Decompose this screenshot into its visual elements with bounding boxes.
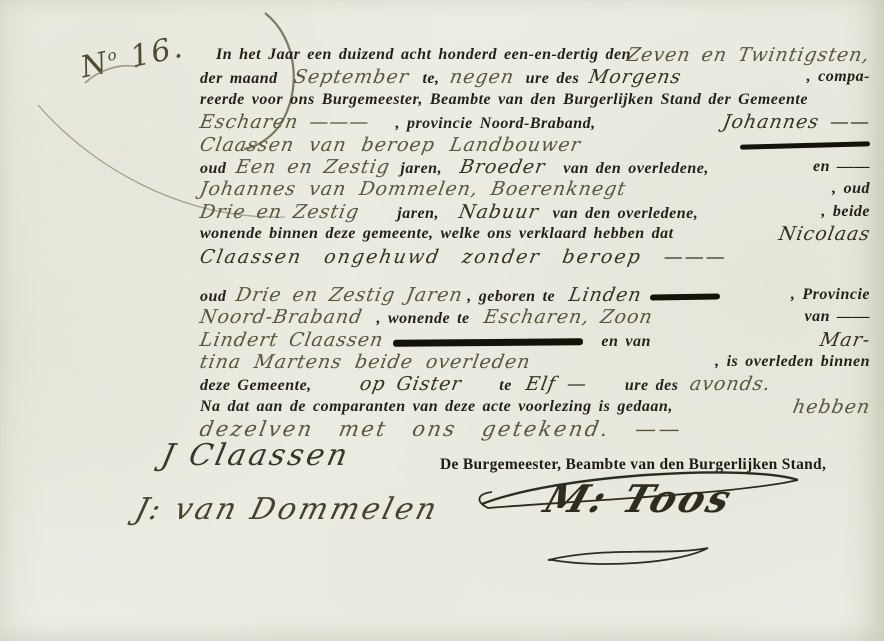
act-line: oud Drie en Zestig Jaren , geboren te Li… xyxy=(200,284,870,306)
act-line: oud Een en Zestig jaren, Broeder van den… xyxy=(200,156,870,178)
paragraph-gap xyxy=(200,268,870,284)
printed-text: Na dat aan de comparanten van deze acte … xyxy=(200,398,673,415)
act-line: Johannes van Dommelen, Boerenknegt , oud xyxy=(200,178,870,200)
act-number: No 16. xyxy=(78,30,188,86)
handwritten-text: Johannes —— xyxy=(721,111,872,133)
handwritten-text: hebben xyxy=(791,396,872,418)
printed-text: te xyxy=(499,377,512,394)
printed-text: , is overleden binnen xyxy=(715,351,870,373)
signature-witness-van-dommelen: J: van Dommelen xyxy=(132,492,443,527)
act-line: deze Gemeente, op Gister te Elf — ure de… xyxy=(200,373,870,395)
printed-text: te, xyxy=(422,70,439,87)
handwritten-text: Mar- xyxy=(818,329,872,351)
act-line: Noord-Braband , wonende te Escharen, Zoo… xyxy=(200,306,870,328)
handwritten-text: Johannes van Dommelen, Boerenknegt xyxy=(198,178,628,200)
signature-burgemeester: M: Toos xyxy=(468,452,818,577)
printed-text: van den overledene, xyxy=(563,160,709,177)
handwritten-text: Escharen, Zoon xyxy=(482,306,655,328)
act-line: Claassen ongehuwd zonder beroep ——— xyxy=(200,246,870,268)
act-line: Lindert Claassen en van Mar- xyxy=(200,329,870,351)
handwritten-text: Escharen ——— xyxy=(198,111,371,133)
handwritten-text: Drie en Zestig Jaren xyxy=(234,284,465,306)
printed-text: deze Gemeente, xyxy=(200,377,312,394)
scanned-death-record: No 16. In het Jaar een duizend acht hond… xyxy=(0,0,884,641)
printed-text: ure des xyxy=(526,70,580,87)
act-line: Claassen van beroep Landbouwer xyxy=(200,134,870,156)
printed-text: en van xyxy=(601,333,651,350)
handwritten-text: Claassen van beroep Landbouwer xyxy=(198,134,583,156)
handwritten-text: Morgens xyxy=(587,66,683,88)
act-number-sup: o xyxy=(106,45,121,65)
act-line: der maand September te, negen ure des Mo… xyxy=(200,66,870,88)
printed-text: , beide xyxy=(821,201,870,223)
printed-text: , compa- xyxy=(807,66,870,88)
printed-text: , wonende te xyxy=(376,310,469,327)
printed-text: In het Jaar een duizend acht honderd een… xyxy=(216,46,631,63)
act-line: wonende binnen deze gemeente, welke ons … xyxy=(200,223,870,245)
handwritten-text: Lindert Claassen xyxy=(198,329,385,351)
handwritten-text: Een en Zestig xyxy=(234,156,392,178)
act-body: In het Jaar een duizend acht honderd een… xyxy=(200,44,870,441)
ink-stroke xyxy=(740,141,870,149)
ink-stroke xyxy=(393,338,583,347)
handwritten-text: Nicolaas xyxy=(777,223,872,245)
act-line: Na dat aan de comparanten van deze acte … xyxy=(200,396,870,418)
printed-text: oud xyxy=(200,288,226,305)
handwritten-text: September xyxy=(292,66,411,88)
handwritten-text: Noord-Braband xyxy=(198,306,364,328)
printed-text: wonende binnen deze gemeente, welke ons … xyxy=(200,225,674,242)
handwritten-text: Zeven en Twintigsten, xyxy=(625,44,872,66)
act-line: In het Jaar een duizend acht honderd een… xyxy=(200,44,870,66)
printed-text: der maand xyxy=(200,70,278,87)
signature-official-name: M: Toos xyxy=(539,476,740,521)
printed-text: , oud xyxy=(832,178,870,200)
printed-text: oud xyxy=(200,160,226,177)
act-number-value: 16. xyxy=(127,30,187,75)
printed-text: van —— xyxy=(805,306,871,328)
handwritten-text: Linden xyxy=(567,284,644,306)
printed-text: ure des xyxy=(625,377,679,394)
printed-text: reerde voor ons Burgemeester, Beambte va… xyxy=(200,91,808,108)
signature-witness-claassen: J Claassen xyxy=(158,438,353,473)
printed-text: jaren, xyxy=(397,205,439,222)
act-line: Drie en Zestig jaren, Nabuur van den ove… xyxy=(200,201,870,223)
printed-text: en —— xyxy=(813,156,870,178)
act-line: reerde voor ons Burgemeester, Beambte va… xyxy=(200,89,870,111)
printed-text: , Provincie xyxy=(791,284,870,306)
handwritten-text: op Gister xyxy=(358,373,464,395)
printed-text: , provincie Noord-Braband, xyxy=(395,115,595,132)
handwritten-text: tina Martens beide overleden xyxy=(198,351,532,373)
handwritten-text: Nabuur xyxy=(457,201,541,223)
act-line: Escharen ——— , provincie Noord-Braband, … xyxy=(200,111,870,133)
handwritten-text: Claassen ongehuwd zonder beroep ——— xyxy=(198,246,729,268)
handwritten-text: avonds. xyxy=(688,373,773,395)
handwritten-text: Drie en Zestig xyxy=(198,201,361,223)
printed-text: , geboren te xyxy=(467,288,555,305)
handwritten-text: negen xyxy=(448,66,516,88)
printed-text: jaren, xyxy=(400,160,442,177)
handwritten-text: Elf — xyxy=(524,373,589,395)
ink-stroke xyxy=(650,294,720,301)
printed-text: van den overledene, xyxy=(553,205,699,222)
handwritten-text: Broeder xyxy=(458,156,547,178)
act-line: tina Martens beide overleden , is overle… xyxy=(200,351,870,373)
